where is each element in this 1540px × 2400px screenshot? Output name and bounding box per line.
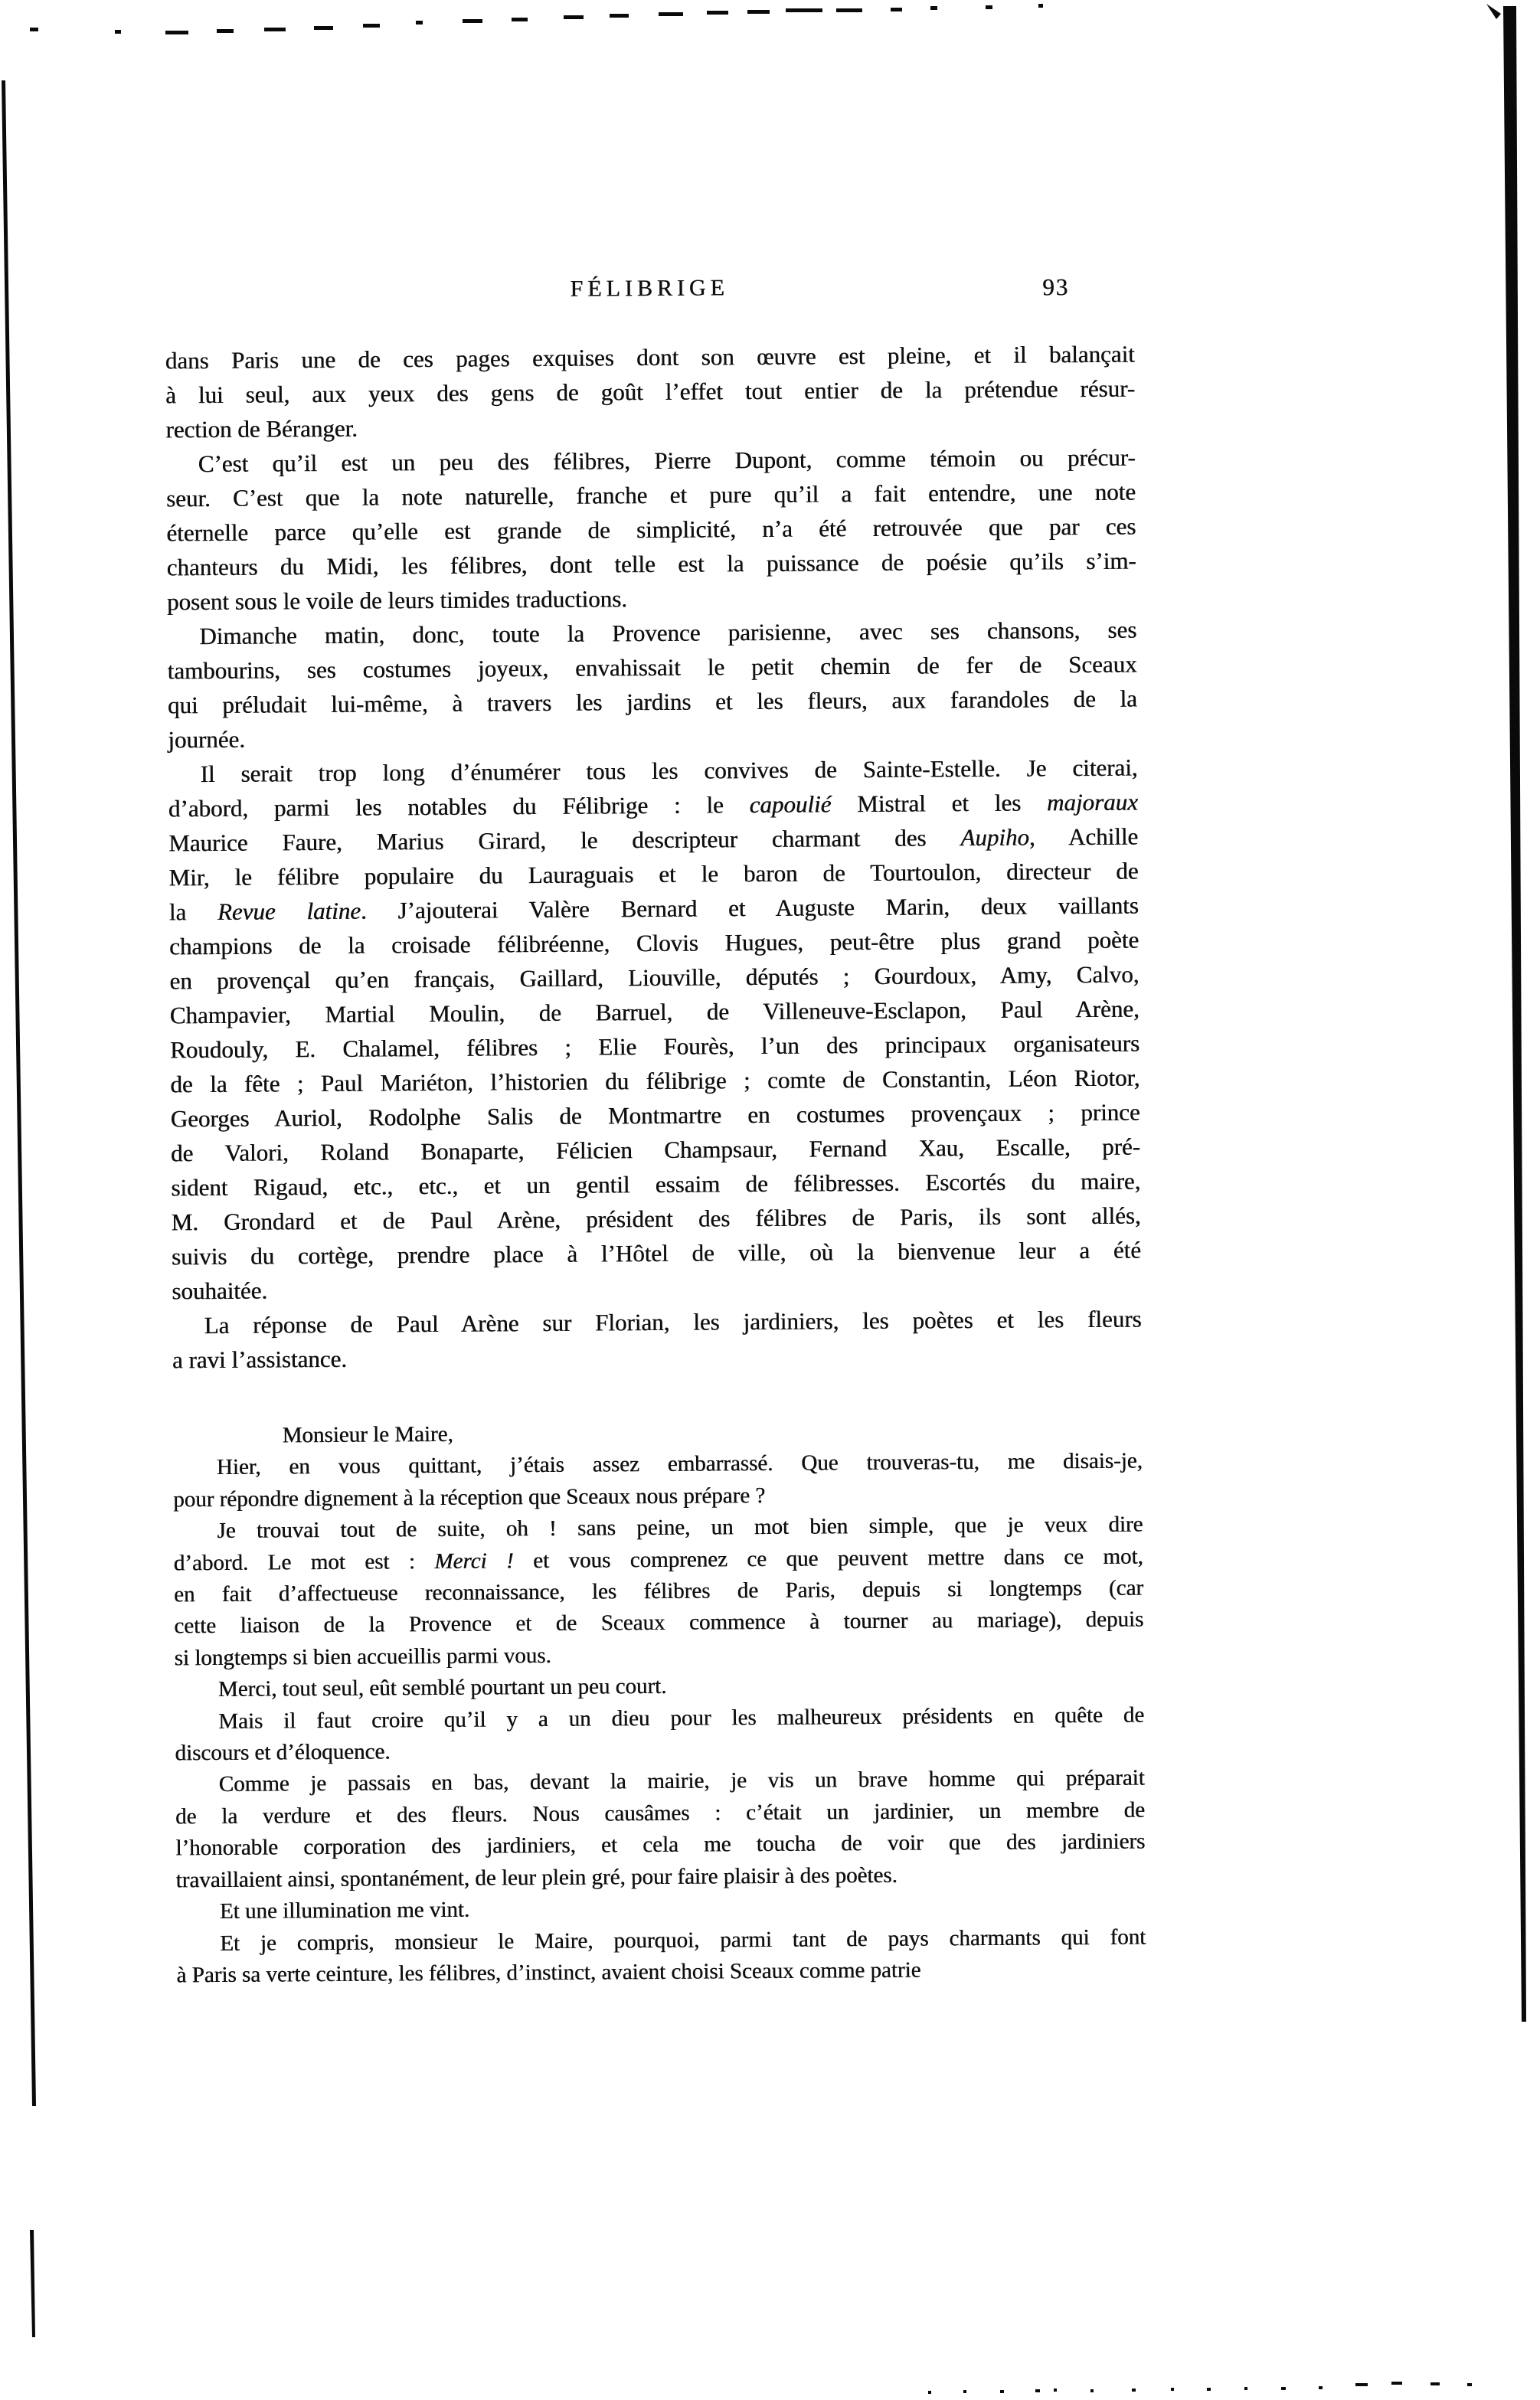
bottom-speck-artifact: [1132, 2389, 1136, 2392]
top-dash-artifact: [264, 28, 286, 31]
text-line: à lui seul, aux yeux des gens de goût l’…: [165, 371, 1135, 413]
top-dash-artifact: [836, 8, 862, 12]
top-dash-artifact: [217, 29, 234, 33]
bottom-speck-artifact: [1281, 2387, 1286, 2390]
top-dash-artifact: [930, 6, 937, 10]
top-dash-artifact: [610, 14, 629, 18]
bottom-speck-artifact: [1090, 2389, 1094, 2392]
bottom-speck-artifact: [1391, 2382, 1402, 2385]
bottom-speck-artifact: [1355, 2383, 1368, 2386]
bottom-speck-artifact: [1467, 2383, 1472, 2386]
top-dash-artifact: [747, 10, 770, 14]
top-dash-artifact: [363, 24, 380, 28]
text-line: à Paris sa verte ceinture, les félibres,…: [176, 1953, 1146, 1991]
text-line: Hier, en vous quittant, j’étais assez em…: [173, 1446, 1143, 1484]
scan-edge-left: [2, 80, 36, 2106]
top-dash-artifact: [1038, 4, 1043, 8]
paragraph: Comme je passais en bas, devant la mairi…: [175, 1763, 1146, 1896]
text-line: cette liaison de la Provence et de Sceau…: [174, 1604, 1143, 1643]
bottom-speck-artifact: [1035, 2389, 1040, 2392]
text-line: qui préludait lui-même, à travers les ja…: [168, 682, 1137, 723]
paragraph: Et je compris, monsieur le Maire, pourqu…: [176, 1921, 1146, 1992]
bottom-speck-artifact: [1171, 2388, 1174, 2391]
paragraph: Dimanche matin, donc, toute la Provence …: [167, 613, 1137, 757]
top-dash-artifact: [165, 31, 188, 34]
text-line: l’honorable corporation des jardiniers, …: [175, 1826, 1145, 1865]
bottom-speck-artifact: [1000, 2390, 1004, 2393]
top-dash-artifact: [564, 15, 584, 19]
top-dash-artifact: [115, 30, 121, 34]
paragraph: La réponse de Paul Arène sur Florian, le…: [172, 1302, 1142, 1378]
bottom-speck-artifact: [1244, 2387, 1247, 2390]
bottom-speck-artifact: [1054, 2389, 1057, 2392]
top-dash-artifact: [659, 12, 683, 16]
top-dash-artifact: [463, 19, 482, 23]
text-line: Et je compris, monsieur le Maire, pourqu…: [176, 1921, 1146, 1960]
bottom-speck-artifact: [963, 2390, 966, 2393]
scan-edge-left-lower: [30, 2230, 35, 2337]
paragraph: Mais il faut croire qu’il y a un dieu po…: [175, 1699, 1145, 1770]
paragraph: Je trouvai tout de suite, oh ! sans pein…: [173, 1509, 1143, 1675]
page-number: 93: [1042, 273, 1069, 301]
scanned-book-page: FÉLIBRIGE 93 dans Paris une de ces pages…: [0, 0, 1540, 2400]
bottom-speck-artifact: [1319, 2386, 1323, 2389]
bottom-speck-artifact: [1430, 2382, 1440, 2385]
top-dash-artifact: [786, 8, 822, 12]
page-content: FÉLIBRIGE 93 dans Paris une de ces pages…: [165, 273, 1146, 1992]
text-line: chanteurs du Midi, les félibres, dont te…: [166, 544, 1136, 585]
paragraph: C’est qu’il est un peu des félibres, Pie…: [166, 440, 1137, 620]
text-line: a ravi l’assistance.: [172, 1336, 1142, 1378]
top-dash-artifact: [707, 11, 728, 15]
top-dash-artifact: [891, 8, 902, 11]
text-block: dans Paris une de ces pages exquises don…: [165, 337, 1146, 1992]
paragraph: dans Paris une de ces pages exquises don…: [165, 337, 1136, 447]
top-dash-artifact: [314, 26, 333, 30]
scan-corner-tick: [1486, 4, 1501, 19]
paragraph: Il serait trop long d’énumérer tous les …: [168, 750, 1141, 1309]
text-line: La réponse de Paul Arène sur Florian, le…: [172, 1302, 1141, 1343]
text-line: suivis du cortège, prendre place à l’Hôt…: [172, 1233, 1141, 1274]
top-dash-artifact: [512, 18, 528, 21]
top-dash-artifact: [30, 28, 38, 31]
top-dash-artifact: [986, 5, 992, 9]
paragraph: Hier, en vous quittant, j’étais assez em…: [173, 1446, 1143, 1516]
running-title: FÉLIBRIGE: [165, 273, 1134, 306]
top-dash-artifact: [416, 21, 423, 25]
running-header: FÉLIBRIGE 93: [165, 273, 1134, 316]
scan-edge-right: [1503, 6, 1526, 2022]
bottom-speck-artifact: [928, 2391, 931, 2394]
bottom-speck-artifact: [1207, 2388, 1211, 2391]
